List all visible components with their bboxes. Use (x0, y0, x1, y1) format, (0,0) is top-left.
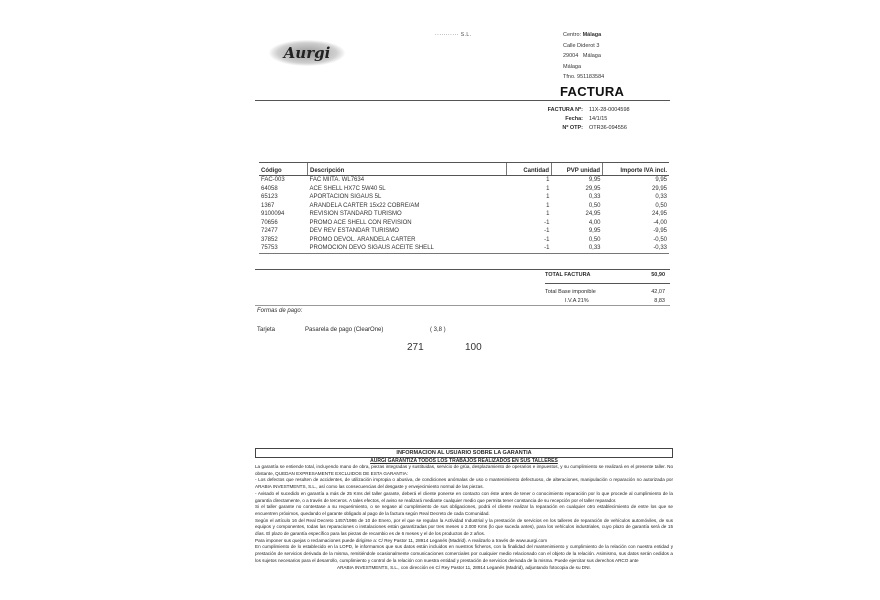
guarantee-footer: ARABIA INVESTMENTS, S.L., con dirección … (255, 565, 673, 572)
cell-code: 37852 (259, 236, 308, 245)
table-row: 70656PROMO ACE SHELL CON REVISION-14,00-… (259, 219, 669, 228)
cell-quantity: -1 (507, 227, 552, 236)
table-row: 75753PROMOCION DEVO SIGAUS ACEITE SHELL-… (259, 244, 669, 253)
table-row: 65123APORTACION SIGAUS 5L10,330,33 (259, 193, 669, 202)
cell-unit-price: 29,95 (552, 185, 603, 194)
guarantee-paragraph: En cumplimiento de lo establecido en la … (255, 544, 673, 564)
guarantee-paragraph: - Avisado el sucedido en garantía a más … (255, 491, 673, 504)
city: Málaga (583, 53, 601, 59)
center-label: Centro: (563, 32, 581, 38)
cell-description: PROMOCION DEVO SIGAUS ACEITE SHELL (308, 244, 507, 253)
items-table: Código Descripción Cantidad PVP unidad I… (259, 162, 669, 254)
cell-unit-price: 0,33 (552, 244, 603, 253)
tax-breakdown: Total Base imponible42,07 I.V.A 21%8,83 (545, 288, 665, 306)
cell-code: 9100094 (259, 210, 308, 219)
phone: Tfno. 951183584 (563, 72, 604, 83)
cell-description: REVISION STANDARD TURISMO (308, 210, 507, 219)
aurgi-logo: Aurgi (269, 40, 345, 66)
col-unit-price: PVP unidad (552, 163, 603, 176)
divider (255, 100, 670, 101)
postal-code: 29004 (563, 53, 578, 59)
invoice-page: Aurgi ··········· S.L. Centro: Málaga Ca… (255, 20, 675, 600)
date-label: Fecha: (533, 115, 589, 124)
cell-description: ARANDELA CARTER 15x22 COBRE/AM (308, 202, 507, 211)
cell-code: 65123 (259, 193, 308, 202)
cell-description: FAC MIITA. WL7634 (308, 176, 507, 185)
base-value: 42,07 (651, 288, 665, 297)
cell-unit-price: 9,95 (552, 176, 603, 185)
cell-code: 64058 (259, 185, 308, 194)
cell-code: 75753 (259, 244, 308, 253)
table-row: 37852PROMO DEVOL. ARANDELA CARTER-10,50-… (259, 236, 669, 245)
cell-total: -0,50 (603, 236, 670, 245)
guarantee-title: INFORMACION AL USUARIO SOBRE LA GARANTIA (255, 448, 673, 458)
cell-quantity: 1 (507, 185, 552, 194)
guarantee-paragraph: - Los defectos que resulten de accidente… (255, 477, 673, 490)
guarantee-paragraph: Si el taller garante no contestase a su … (255, 504, 673, 517)
col-total: Importe IVA incl. (603, 163, 670, 176)
cell-quantity: -1 (507, 219, 552, 228)
center-value: Málaga (583, 32, 602, 38)
otp-label: Nº OTP: (533, 124, 589, 133)
table-row: FAC-003FAC MIITA. WL763419,959,95 (259, 176, 669, 185)
guarantee-paragraph: Para imponer sus quejas o reclamaciones … (255, 538, 673, 545)
cell-total: -4,00 (603, 219, 670, 228)
cell-code: 72477 (259, 227, 308, 236)
document-title: FACTURA (560, 84, 624, 99)
cell-description: DEV REV ESTANDAR TURISMO (308, 227, 507, 236)
cell-code: FAC-003 (259, 176, 308, 185)
cell-description: ACE SHELL HX7C 5W40 5L (308, 185, 507, 194)
cell-unit-price: 4,00 (552, 219, 603, 228)
total-row: TOTAL FACTURA50,90 (545, 272, 665, 278)
annotation-271: 271 (407, 342, 424, 353)
logo-text: Aurgi (284, 44, 331, 62)
col-quantity: Cantidad (507, 163, 552, 176)
otp-number: OTR36-094556 (589, 124, 627, 133)
invoice-number-label: FACTURA Nº: (533, 106, 589, 115)
cell-description: PROMO ACE SHELL CON REVISION (308, 219, 507, 228)
cell-quantity: -1 (507, 236, 552, 245)
table-header: Código Descripción Cantidad PVP unidad I… (259, 163, 669, 176)
cell-quantity: 1 (507, 176, 552, 185)
invoice-meta: FACTURA Nº:11X-28-0004598 Fecha:14/1/15 … (533, 106, 630, 133)
annotation-100: 100 (465, 342, 482, 353)
cell-unit-price: 0,50 (552, 202, 603, 211)
cell-total: 29,95 (603, 185, 670, 194)
divider (255, 269, 670, 270)
table-row: 9100094REVISION STANDARD TURISMO124,9524… (259, 210, 669, 219)
cell-quantity: -1 (507, 244, 552, 253)
cell-unit-price: 24,95 (552, 210, 603, 219)
total-value: 50,90 (651, 272, 665, 278)
cell-total: -0,33 (603, 244, 670, 253)
guarantee-paragraph: Según el artículo 16 del Real Decreto 14… (255, 518, 673, 538)
cell-description: APORTACION SIGAUS 5L (308, 193, 507, 202)
payment-title: Formas de pago: (257, 308, 302, 314)
payment-amount: ( 3,8 ) (430, 327, 446, 333)
cell-total: 24,95 (603, 210, 670, 219)
street: Calle Diderot 3 (563, 41, 604, 52)
store-address: Centro: Málaga Calle Diderot 3 29004 Mál… (563, 30, 604, 83)
company-name: ··········· S.L. (435, 32, 472, 38)
guarantee-paragraph: La garantía se entiende total, incluyend… (255, 464, 673, 477)
payment-gateway: Pasarela de pago (ClearOne) (305, 327, 383, 333)
cell-quantity: 1 (507, 193, 552, 202)
payment-row: Tarjeta Pasarela de pago (ClearOne) (257, 327, 383, 333)
cell-unit-price: 0,50 (552, 236, 603, 245)
cell-unit-price: 9,95 (552, 227, 603, 236)
cell-total: -9,95 (603, 227, 670, 236)
invoice-date: 14/1/15 (589, 115, 607, 124)
cell-total: 9,95 (603, 176, 670, 185)
col-code: Código (259, 163, 308, 176)
cell-unit-price: 0,33 (552, 193, 603, 202)
cell-total: 0,50 (603, 202, 670, 211)
cell-total: 0,33 (603, 193, 670, 202)
total-label: TOTAL FACTURA (545, 272, 591, 278)
table-row: 72477DEV REV ESTANDAR TURISMO-19,95-9,95 (259, 227, 669, 236)
base-label: Total Base imponible (545, 288, 596, 297)
cell-quantity: 1 (507, 202, 552, 211)
invoice-number: 11X-28-0004598 (589, 106, 630, 115)
cell-description: PROMO DEVOL. ARANDELA CARTER (308, 236, 507, 245)
divider (255, 305, 670, 306)
cell-code: 1367 (259, 202, 308, 211)
guarantee-section: INFORMACION AL USUARIO SOBRE LA GARANTIA… (255, 448, 673, 571)
province: Málaga (563, 62, 604, 73)
payment-method: Tarjeta (257, 327, 275, 333)
table-row: 64058ACE SHELL HX7C 5W40 5L129,9529,95 (259, 185, 669, 194)
cell-code: 70656 (259, 219, 308, 228)
table-row: 1367ARANDELA CARTER 15x22 COBRE/AM10,500… (259, 202, 669, 211)
cell-quantity: 1 (507, 210, 552, 219)
divider (545, 283, 670, 284)
col-description: Descripción (308, 163, 507, 176)
